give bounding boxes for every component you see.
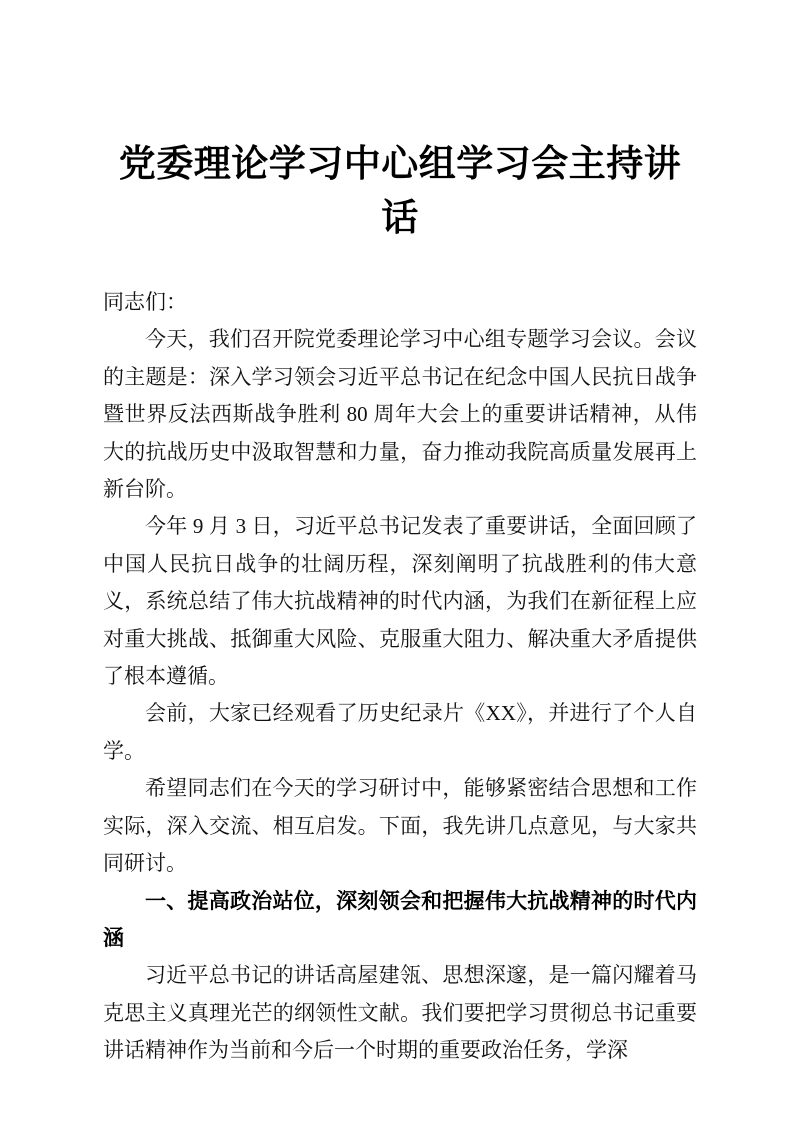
document-page: 党委理论学习中心组学习会主持讲话 同志们： 今天，我们召开院党委理论学习中心组专… xyxy=(0,0,793,1122)
document-title: 党委理论学习中心组学习会主持讲话 xyxy=(103,138,697,246)
paragraph-pre-meeting: 会前，大家已经观看了历史纪录片《XX》，并进行了个人自学。 xyxy=(103,695,697,770)
document-body: 同志们： 今天，我们召开院党委理论学习中心组专题学习会议。会议的主题是：深入学习… xyxy=(103,284,697,1070)
paragraph-speech-recap: 今年 9 月 3 日，习近平总书记发表了重要讲话，全面回顾了中国人民抗日战争的壮… xyxy=(103,508,697,695)
document-content: 党委理论学习中心组学习会主持讲话 同志们： 今天，我们召开院党委理论学习中心组专… xyxy=(0,138,793,1070)
paragraph-section1-body: 习近平总书记的讲话高屋建瓴、思想深邃，是一篇闪耀着马克思主义真理光芒的纲领性文献… xyxy=(103,957,697,1069)
salutation: 同志们： xyxy=(103,284,697,321)
paragraph-expectation: 希望同志们在今天的学习研讨中，能够紧密结合思想和工作实际，深入交流、相互启发。下… xyxy=(103,770,697,882)
section-heading-1: 一、提高政治站位，深刻领会和把握伟大抗战精神的时代内涵 xyxy=(103,883,697,958)
paragraph-opening: 今天，我们召开院党委理论学习中心组专题学习会议。会议的主题是：深入学习领会习近平… xyxy=(103,321,697,508)
